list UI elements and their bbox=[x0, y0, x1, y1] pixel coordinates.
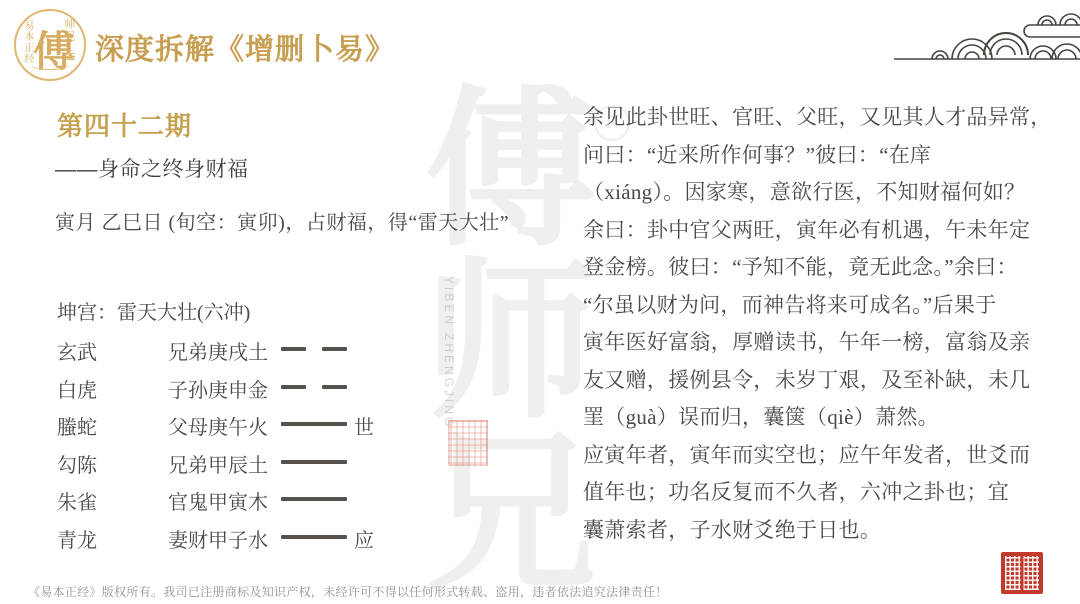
yao-marker: 应 bbox=[354, 524, 374, 553]
red-seal-stamp-icon bbox=[1001, 552, 1043, 594]
hexagram-row: 玄武 兄弟庚戌土 bbox=[57, 336, 397, 366]
beast-name: 勾陈 bbox=[57, 449, 97, 478]
hexagram-row: 螣蛇 父母庚午火 世 bbox=[57, 411, 397, 441]
hexagram-row: 朱雀 官鬼甲寅木 bbox=[57, 486, 397, 516]
yao-line-symbol bbox=[281, 488, 347, 510]
text-line: 囊萧索者，子水财爻绝于日也。 bbox=[583, 512, 1080, 550]
text-line: 登金榜。彼曰：“予知不能，竟无此念。”余曰： bbox=[583, 249, 1080, 287]
issue-title: 第四十二期 bbox=[57, 106, 192, 143]
yao-line-symbol bbox=[281, 413, 347, 435]
page-title: 深度拆解《增删卜易》 bbox=[95, 27, 395, 68]
yao-text: 兄弟庚戌土 bbox=[168, 336, 268, 365]
text-line: 应寅年者，寅年而实空也；应午年发者，世爻而 bbox=[583, 437, 1080, 475]
watermark-pinyin-left: ZHENGJING bbox=[442, 333, 456, 429]
yao-line-symbol bbox=[281, 338, 347, 360]
text-line: （xiáng）。因家寒，意欲行医，不知财福何如？ bbox=[583, 174, 1080, 212]
clouds-decoration-icon bbox=[880, 0, 1080, 90]
text-line: 罣（guà）误而归，囊箧（qiè）萧然。 bbox=[583, 399, 1080, 437]
beast-name: 朱雀 bbox=[57, 486, 97, 515]
beast-name: 螣蛇 bbox=[57, 411, 97, 440]
yao-line-symbol bbox=[281, 451, 347, 473]
beast-name: 青龙 bbox=[57, 524, 97, 553]
logo-wave-line bbox=[30, 59, 70, 70]
divination-line: 寅月 乙巳日 (旬空：寅卯)，占财福，得“雷天大壮” bbox=[55, 206, 509, 235]
hexagram-row: 白虎 子孙庚申金 bbox=[57, 374, 397, 404]
text-line: 余见此卦世旺、官旺、父旺，又见其人才品异常， bbox=[583, 99, 1080, 137]
hexagram-row: 勾陈 兄弟甲辰土 bbox=[57, 449, 397, 479]
seal-pattern bbox=[1005, 556, 1039, 590]
issue-subtitle: ——身命之终身财福 bbox=[55, 153, 249, 183]
watermark-pinyin-right: YIBEN bbox=[442, 276, 456, 327]
text-line: 问曰：“近来所作何事？”彼曰：“在庠 bbox=[583, 137, 1080, 175]
yao-text: 父母庚午火 bbox=[168, 411, 268, 440]
watermark-calligraphy: 傅师兄 bbox=[408, 78, 580, 598]
yao-text: 子孙庚申金 bbox=[168, 374, 268, 403]
beast-name: 玄武 bbox=[57, 336, 97, 365]
yao-marker: 世 bbox=[354, 411, 374, 440]
yao-text: 兄弟甲辰土 bbox=[168, 449, 268, 478]
text-line: 余曰：卦中官父两旺，寅年必有机遇，午未年定 bbox=[583, 212, 1080, 250]
yao-text: 官鬼甲寅木 bbox=[168, 486, 268, 515]
beast-name: 白虎 bbox=[57, 374, 97, 403]
text-line: 寅年医好富翁，厚赠读书，午年一榜，富翁及亲 bbox=[583, 324, 1080, 362]
text-line: 友又赠，援例县令，未岁丁艰，及至补缺，未几 bbox=[583, 362, 1080, 400]
text-line: “尔虽以财为问，而神告将来可成名。”后果于 bbox=[583, 287, 1080, 325]
hexagram-row: 青龙 妻财甲子水 应 bbox=[57, 524, 397, 554]
yao-line-symbol bbox=[281, 376, 347, 398]
text-line: 值年也；功名反复而不久者，六冲之卦也；宜 bbox=[583, 474, 1080, 512]
yao-text: 妻财甲子水 bbox=[168, 524, 268, 553]
logo-right-text: 师兄 bbox=[61, 18, 77, 42]
copyright-notice: 《易本正经》版权所有。我司已注册商标及知识产权，未经许可不得以任何形式转载、盗用… bbox=[28, 583, 668, 600]
article-text: 余见此卦世旺、官旺、父旺，又见其人才品异常， 问曰：“近来所作何事？”彼曰：“在… bbox=[583, 99, 1080, 549]
watermark-pinyin: YIBEN ZHENGJING bbox=[441, 276, 457, 430]
watermark-seal-stamp bbox=[448, 420, 488, 466]
brand-logo: 易本正经 傅 师兄 bbox=[14, 9, 86, 81]
palace-line: 坤宫：雷天大壮(六冲) bbox=[57, 296, 250, 325]
yao-line-symbol bbox=[281, 526, 347, 548]
